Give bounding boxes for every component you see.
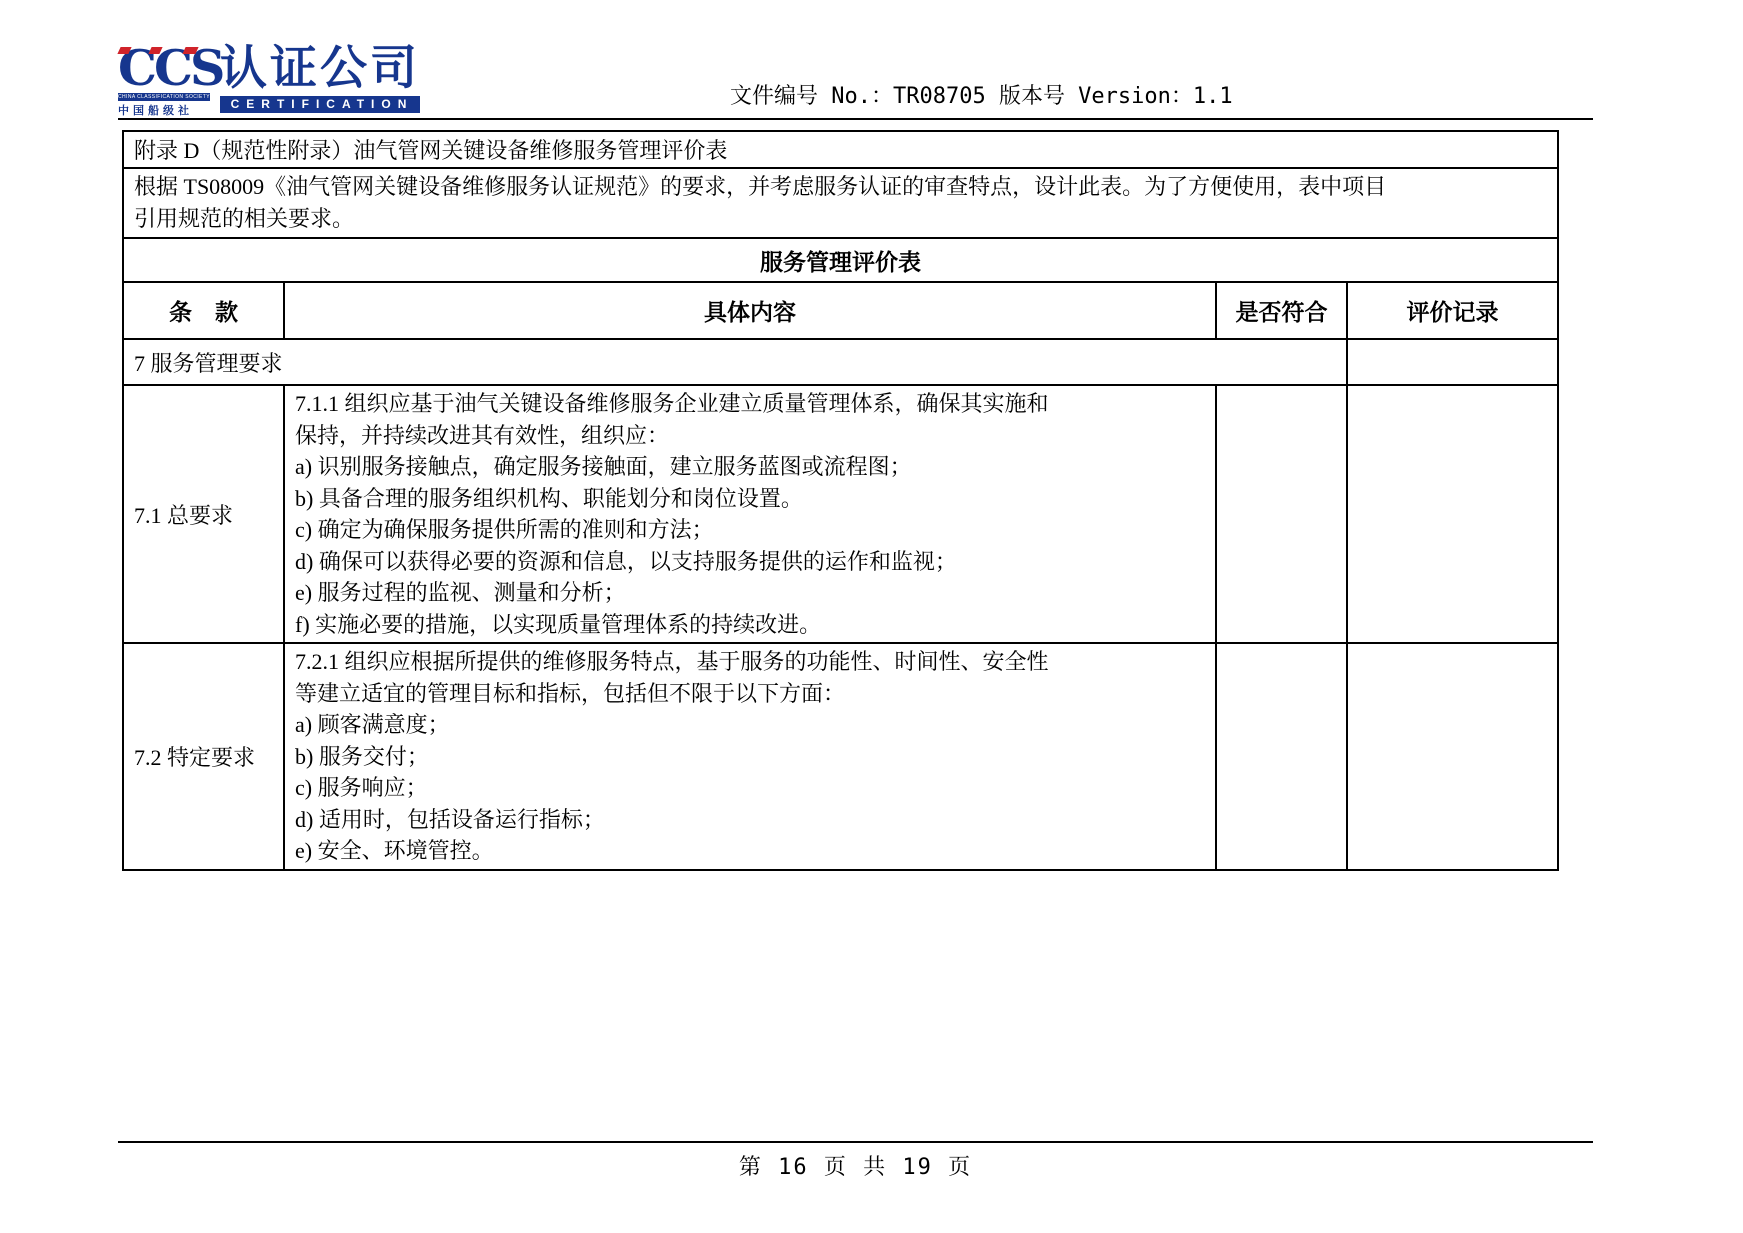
column-header-clause: 条 款 — [123, 282, 284, 339]
header-divider — [118, 118, 1593, 120]
clause-label: 7.2 特定要求 — [123, 643, 284, 870]
certification-mark: 认证公司 CERTIFICATION — [220, 46, 420, 113]
company-name: 认证公司 — [220, 46, 420, 93]
column-header-record: 评价记录 — [1347, 282, 1558, 339]
clause-label: 7.1 总要求 — [123, 385, 284, 643]
column-header-row: 条 款 具体内容 是否符合 评价记录 — [123, 282, 1558, 339]
page-number: 第 16 页 共 19 页 — [739, 1150, 972, 1181]
compliant-cell — [1216, 385, 1347, 643]
society-cn-label: 中国船级社 — [118, 102, 210, 118]
intro-row: 根据 TS08009《油气管网关键设备维修服务认证规范》的要求，并考虑服务认证的… — [123, 168, 1558, 238]
document-page: CCS CHINA CLASSIFICATION SOCIETY 中国船级社 认… — [0, 0, 1743, 1233]
table-row: 7.2 特定要求 7.2.1 组织应根据所提供的维修服务特点，基于服务的功能性、… — [123, 643, 1558, 870]
intro-text: 根据 TS08009《油气管网关键设备维修服务认证规范》的要求，并考虑服务认证的… — [123, 168, 1558, 238]
record-cell — [1347, 385, 1558, 643]
society-en-banner: CHINA CLASSIFICATION SOCIETY — [118, 93, 210, 101]
appendix-title: 附录 D（规范性附录）油气管网关键设备维修服务管理评价表 — [123, 131, 1558, 168]
column-header-content: 具体内容 — [284, 282, 1216, 339]
record-cell — [1347, 643, 1558, 870]
section-record-cell — [1347, 339, 1558, 385]
table-title-row: 服务管理评价表 — [123, 238, 1558, 282]
evaluation-table: 附录 D（规范性附录）油气管网关键设备维修服务管理评价表 根据 TS08009《… — [122, 130, 1559, 871]
section-title: 7 服务管理要求 — [123, 339, 1347, 385]
ccs-wordmark: CCS — [118, 46, 210, 91]
page-header: CCS CHINA CLASSIFICATION SOCIETY 中国船级社 认… — [118, 46, 1593, 118]
section-row: 7 服务管理要求 — [123, 339, 1558, 385]
clause-content: 7.1.1 组织应基于油气关键设备维修服务企业建立质量管理体系，确保其实施和 保… — [284, 385, 1216, 643]
certification-banner: CERTIFICATION — [220, 96, 420, 113]
ccs-mark: CCS CHINA CLASSIFICATION SOCIETY 中国船级社 — [118, 46, 210, 118]
compliant-cell — [1216, 643, 1347, 870]
column-header-compliant: 是否符合 — [1216, 282, 1347, 339]
clause-content: 7.2.1 组织应根据所提供的维修服务特点，基于服务的功能性、时间性、安全性 等… — [284, 643, 1216, 870]
table-title: 服务管理评价表 — [123, 238, 1558, 282]
page-footer: 第 16 页 共 19 页 — [118, 1141, 1593, 1181]
document-number-line: 文件编号 No.：TR08705 版本号 Version：1.1 — [730, 79, 1233, 110]
appendix-title-row: 附录 D（规范性附录）油气管网关键设备维修服务管理评价表 — [123, 131, 1558, 168]
table-row: 7.1 总要求 7.1.1 组织应基于油气关键设备维修服务企业建立质量管理体系，… — [123, 385, 1558, 643]
